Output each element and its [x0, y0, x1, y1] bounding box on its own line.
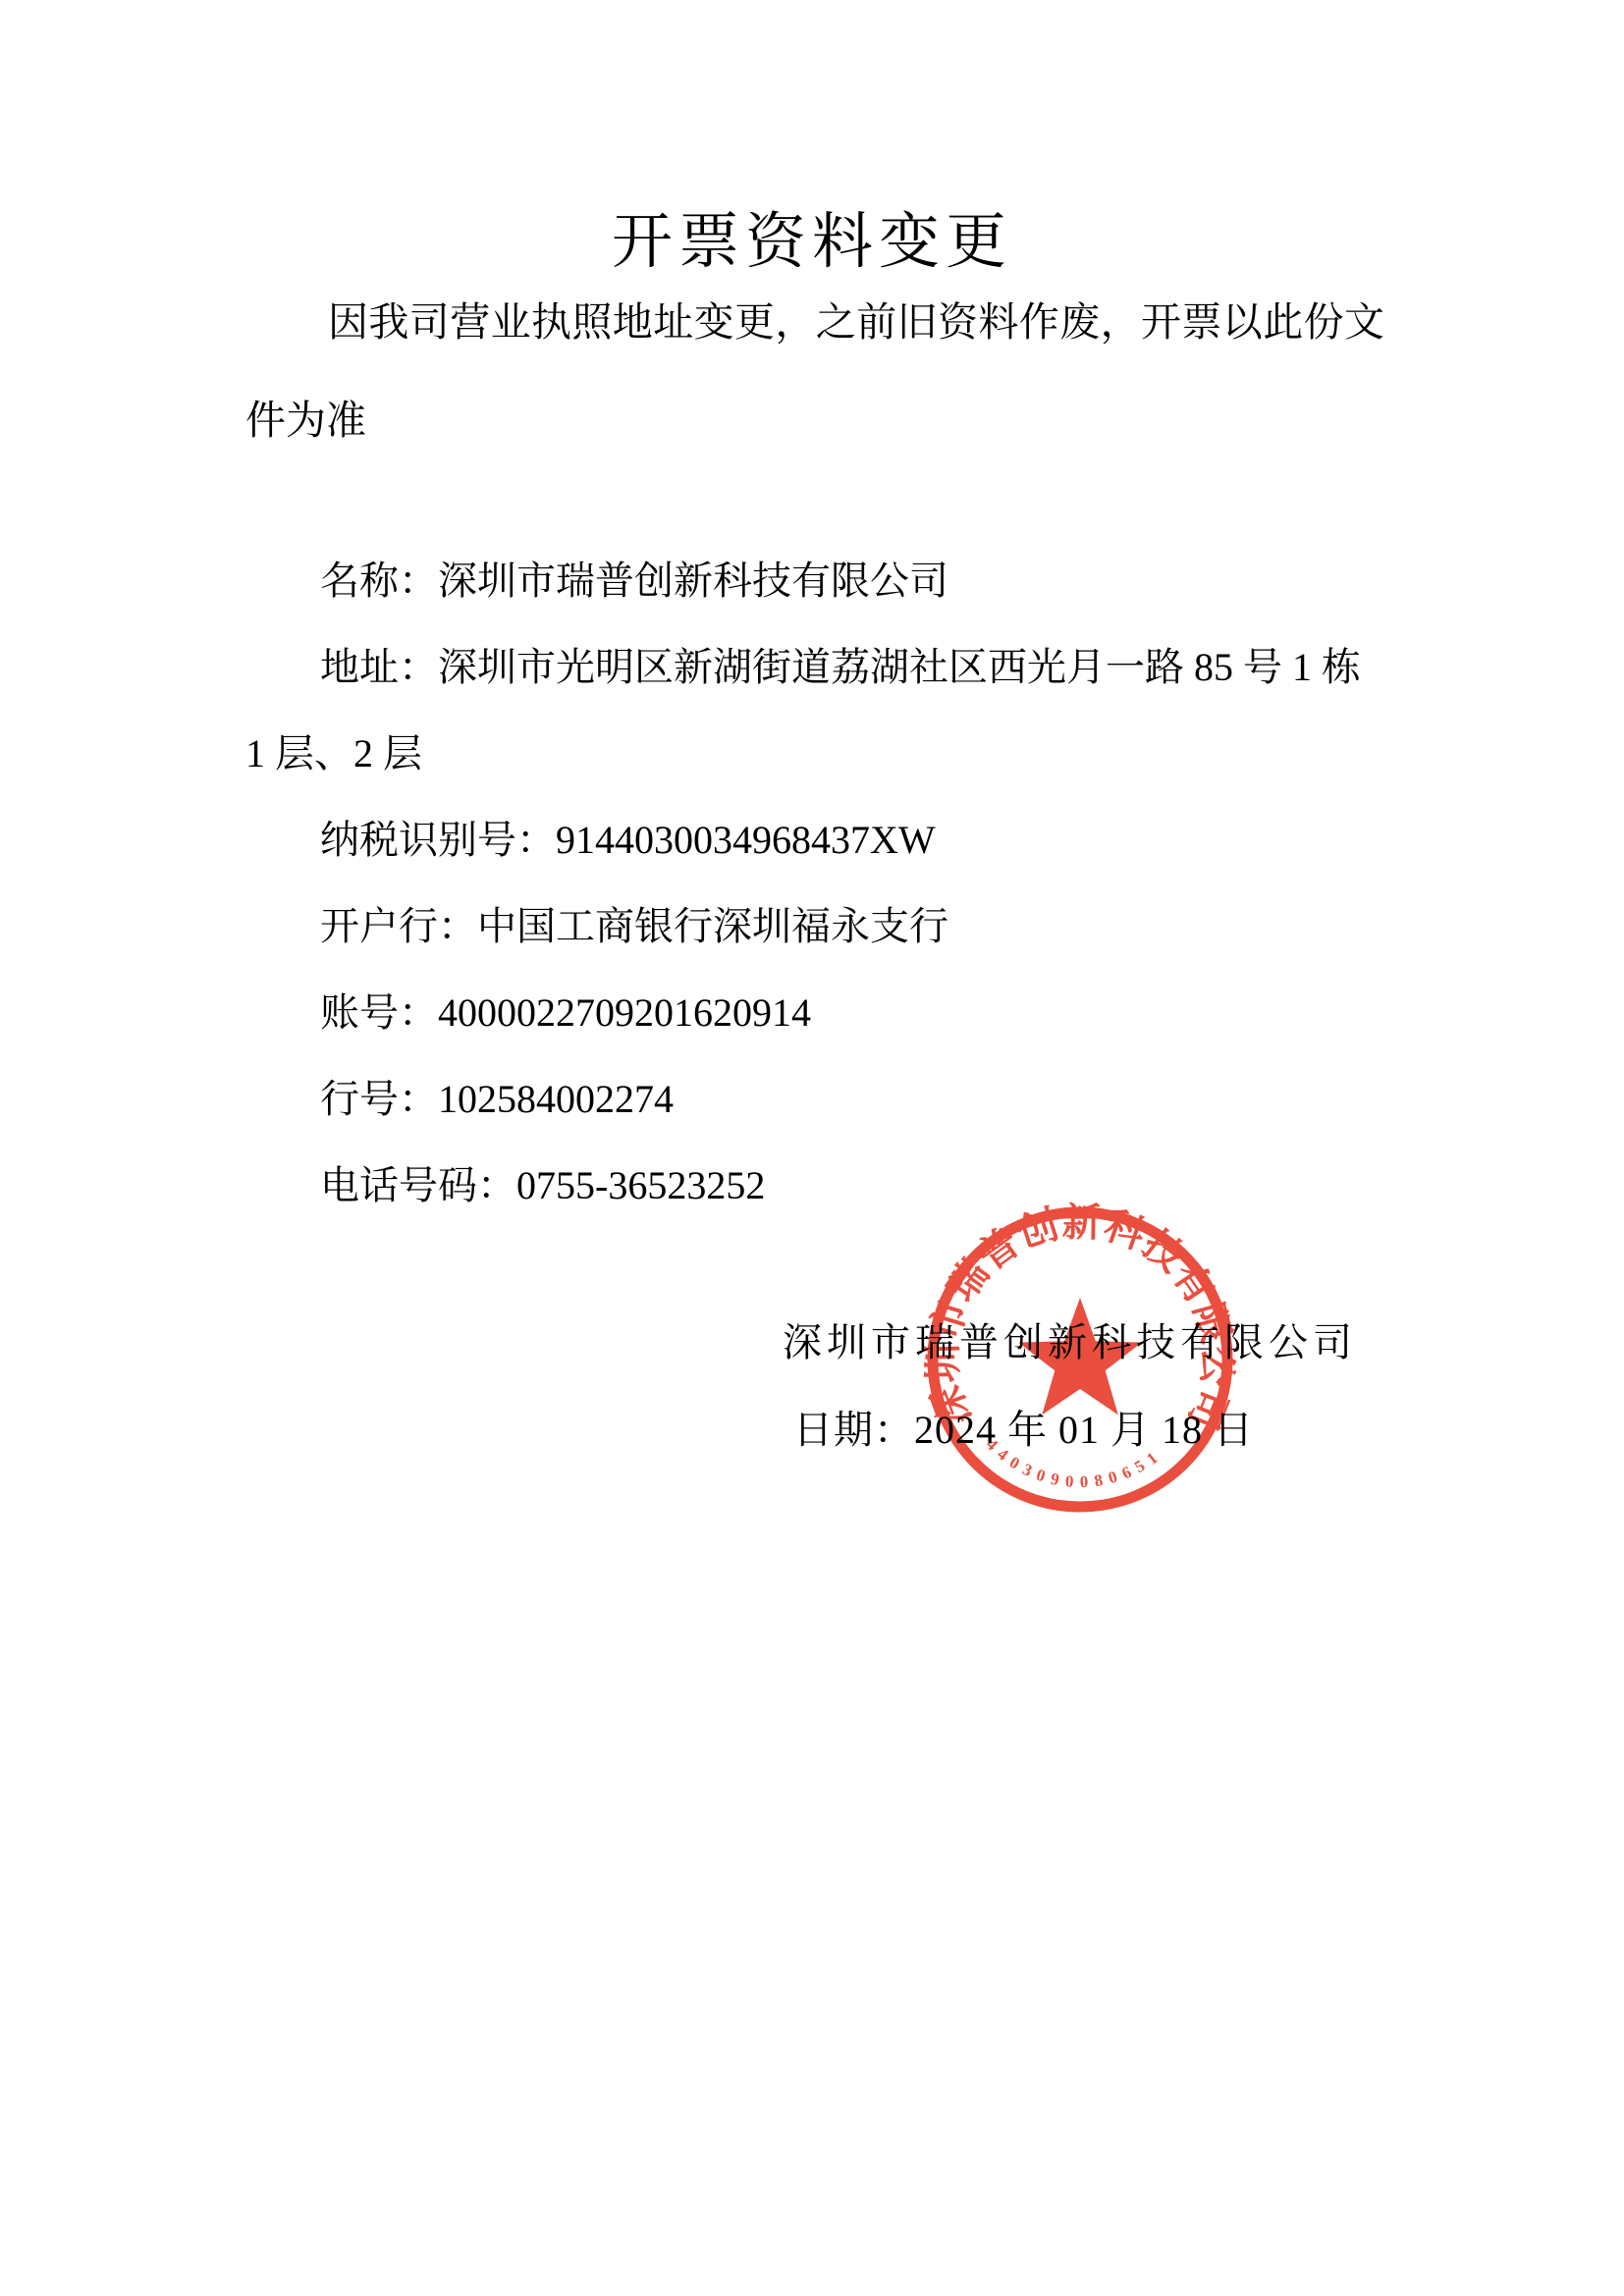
field-value: 9144030034968437XW — [556, 818, 936, 862]
field-address: 地址：深圳市光明区新湖街道荔湖社区西光月一路 85 号 1 栋 1 层、2 层 — [245, 624, 1384, 797]
seal-code-text: 4403090080651 — [983, 1435, 1166, 1491]
field-value: 深圳市瑞普创新科技有限公司 — [438, 559, 948, 603]
field-label: 名称： — [320, 559, 438, 603]
invoice-fields: 名称：深圳市瑞普创新科技有限公司 地址：深圳市光明区新湖街道荔湖社区西光月一路 … — [245, 538, 1384, 1229]
field-bank-code: 行号：102584002274 — [245, 1056, 1384, 1143]
field-label: 电话号码： — [320, 1163, 516, 1207]
field-value: 4000022709201620914 — [438, 990, 811, 1035]
field-label: 地址： — [320, 645, 438, 689]
field-value: 0755-36523252 — [516, 1163, 765, 1207]
document-page: 开票资料变更 因我司营业执照地址变更，之前旧资料作废，开票以此份文件为准 名称：… — [0, 0, 1624, 2296]
document-title: 开票资料变更 — [0, 192, 1624, 280]
field-label: 账号： — [320, 990, 438, 1035]
field-company-name: 名称：深圳市瑞普创新科技有限公司 — [245, 538, 1384, 624]
intro-paragraph: 因我司营业执照地址变更，之前旧资料作废，开票以此份文件为准 — [245, 273, 1384, 469]
company-seal-stamp: 深圳市瑞普创新科技有限公司 4403090080651 — [913, 1193, 1247, 1526]
field-tax-id: 纳税识别号：9144030034968437XW — [245, 797, 1384, 883]
field-bank-name: 开户行：中国工商银行深圳福永支行 — [245, 883, 1384, 970]
field-label: 行号： — [320, 1077, 438, 1121]
field-label: 开户行： — [320, 904, 477, 948]
field-account-number: 账号：4000022709201620914 — [245, 970, 1384, 1056]
field-value: 102584002274 — [438, 1077, 674, 1121]
field-value: 中国工商银行深圳福永支行 — [477, 904, 948, 948]
seal-star-icon — [1018, 1298, 1142, 1415]
field-label: 纳税识别号： — [320, 818, 556, 862]
